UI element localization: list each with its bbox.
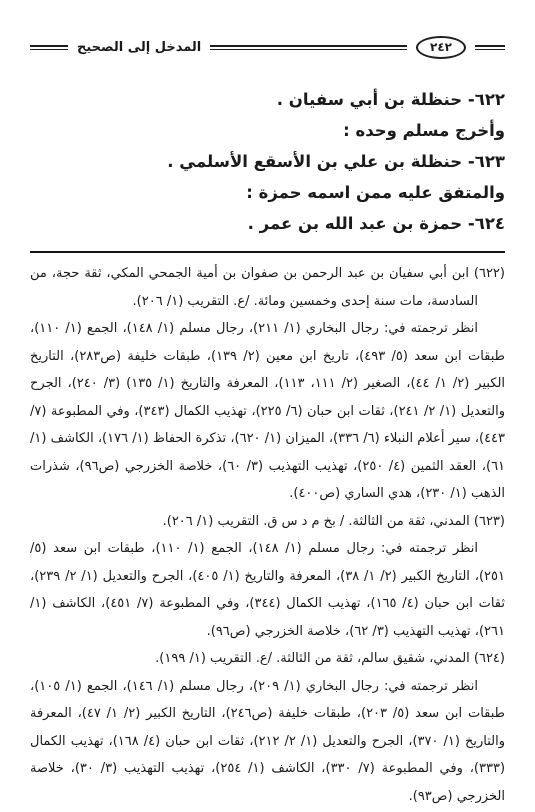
- footnote-623: (٦٢٣) المدني، ثقة من الثالثة. / بخ م د س…: [30, 508, 505, 646]
- header-rule-middle: [210, 45, 407, 50]
- header-rule-right: [475, 45, 505, 50]
- running-head: المدخل إلى الصحيح ٢٤٢: [30, 34, 505, 60]
- entry-622: ٦٢٢- حنظلة بن أبي سفيان .: [30, 84, 505, 115]
- footnote-separator: [30, 251, 505, 253]
- footnote-622: (٦٢٢) ابن أبي سفيان بن عبد الرحمن بن صفو…: [30, 260, 505, 508]
- footnote-622-refs: انظر ترجمته في: رجال البخاري (١/ ٢١١)، ر…: [30, 315, 505, 508]
- footnote-624: (٦٢٤) المدني، شقيق سالم، ثقة من الثالثة.…: [30, 645, 505, 810]
- footnote-623-bio: (٦٢٣) المدني، ثقة من الثالثة. / بخ م د س…: [30, 508, 505, 536]
- book-page: المدخل إلى الصحيح ٢٤٢ ٦٢٢- حنظلة بن أبي …: [0, 0, 535, 812]
- main-text: ٦٢٢- حنظلة بن أبي سفيان . وأخرج مسلم وحد…: [30, 84, 505, 239]
- book-title: المدخل إلى الصحيح: [77, 40, 201, 55]
- footnotes: (٦٢٢) ابن أبي سفيان بن عبد الرحمن بن صفو…: [30, 260, 505, 810]
- entry-623: ٦٢٣- حنظلة بن علي بن الأسقع الأسلمي .: [30, 146, 505, 177]
- footnote-624-bio: (٦٢٤) المدني، شقيق سالم، ثقة من الثالثة.…: [30, 645, 505, 673]
- header-rule-left: [30, 45, 68, 50]
- section-label-agreed-hamza: والمتفق عليه ممن اسمه حمزة :: [30, 177, 505, 208]
- section-label-muslim-alone: وأخرج مسلم وحده :: [30, 115, 505, 146]
- page-number-badge: ٢٤٢: [416, 36, 466, 59]
- footnote-624-refs: انظر ترجمته في: رجال البخاري (١/ ٢٠٩)، ر…: [30, 673, 505, 811]
- footnote-623-refs: انظر ترجمته في: رجال مسلم (١/ ١٤٨)، الجم…: [30, 535, 505, 645]
- footnote-622-bio: (٦٢٢) ابن أبي سفيان بن عبد الرحمن بن صفو…: [30, 260, 505, 315]
- entry-624: ٦٢٤- حمزة بن عبد الله بن عمر .: [30, 208, 505, 239]
